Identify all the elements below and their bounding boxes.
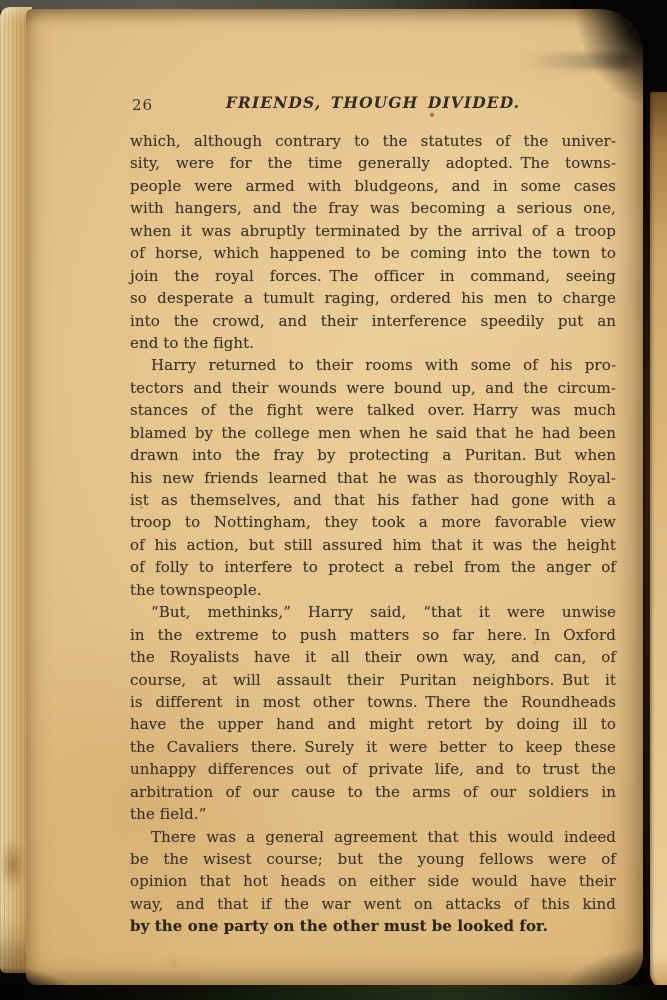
text-line: There was a general agreement that this … [130, 826, 616, 848]
text-line: “But, methinks,” Harry said, “that it we… [130, 601, 616, 623]
text-line: arbitration of our cause to the arms of … [130, 781, 616, 803]
text-line: troop to Nottingham, they took a more fa… [130, 511, 616, 533]
text-line: people were armed with bludgeons, and in… [130, 175, 616, 197]
running-header-title: FRIENDS, THOUGH DIVIDED. [130, 93, 616, 112]
text-line: which, although contrary to the statutes… [130, 130, 616, 152]
text-line: Harry returned to their rooms with some … [130, 354, 616, 376]
text-line: drawn into the fray by protecting a Puri… [130, 444, 616, 466]
text-line: so desperate a tumult raging, ordered hi… [130, 287, 616, 309]
text-line: of folly to interfere to protect a rebel… [130, 556, 616, 578]
text-line: by the one party on the other must be lo… [130, 915, 616, 937]
page-number: 26 [132, 96, 153, 114]
text-line: is different in most other towns. There … [130, 691, 616, 713]
text-line: into the crowd, and their interference s… [130, 310, 616, 332]
text-line: course, at will assault their Puritan ne… [130, 669, 616, 691]
facing-page-edge [650, 92, 667, 990]
text-line: the Royalists have it all their own way,… [130, 646, 616, 668]
book-page: 26 FRIENDS, THOUGH DIVIDED. which, altho… [26, 9, 643, 985]
text-line: sity, were for the time generally adopte… [130, 152, 616, 174]
text-line: way, and that if the war went on attacks… [130, 893, 616, 915]
text-line: opinion that hot heads on either side wo… [130, 870, 616, 892]
book-cover-bottom-edge [0, 985, 667, 1000]
text-line: the field.” [130, 803, 616, 825]
page-header: 26 FRIENDS, THOUGH DIVIDED. [130, 93, 616, 117]
text-line: join the royal forces. The officer in co… [130, 265, 616, 287]
text-line: of his action, but still assured him tha… [130, 534, 616, 556]
text-line: ist as themselves, and that his father h… [130, 489, 616, 511]
text-line: in the extreme to push matters so far he… [130, 624, 616, 646]
text-line: blamed by the college men when he said t… [130, 422, 616, 444]
text-line: tectors and their wounds were bound up, … [130, 377, 616, 399]
text-line: have the upper hand and might retort by … [130, 713, 616, 735]
text-line: be the wisest course; but the young fell… [130, 848, 616, 870]
scan-smudge [526, 53, 642, 69]
age-spot [168, 959, 179, 967]
text-line: when it was abruptly terminated by the a… [130, 220, 616, 242]
text-line: the Cavaliers there. Surely it were bett… [130, 736, 616, 758]
text-line: end to the fight. [130, 332, 616, 354]
text-line: of horse, which happened to be coming in… [130, 242, 616, 264]
text-line: his new friends learned that he was as t… [130, 467, 616, 489]
page-body-text: which, although contrary to the statutes… [130, 130, 616, 938]
scanned-book-photo: 26 FRIENDS, THOUGH DIVIDED. which, altho… [0, 0, 667, 1000]
text-line: stances of the fight were talked over. H… [130, 399, 616, 421]
text-line: with hangers, and the fray was becoming … [130, 197, 616, 219]
text-line: the townspeople. [130, 579, 616, 601]
text-line: unhappy differences out of private life,… [130, 758, 616, 780]
